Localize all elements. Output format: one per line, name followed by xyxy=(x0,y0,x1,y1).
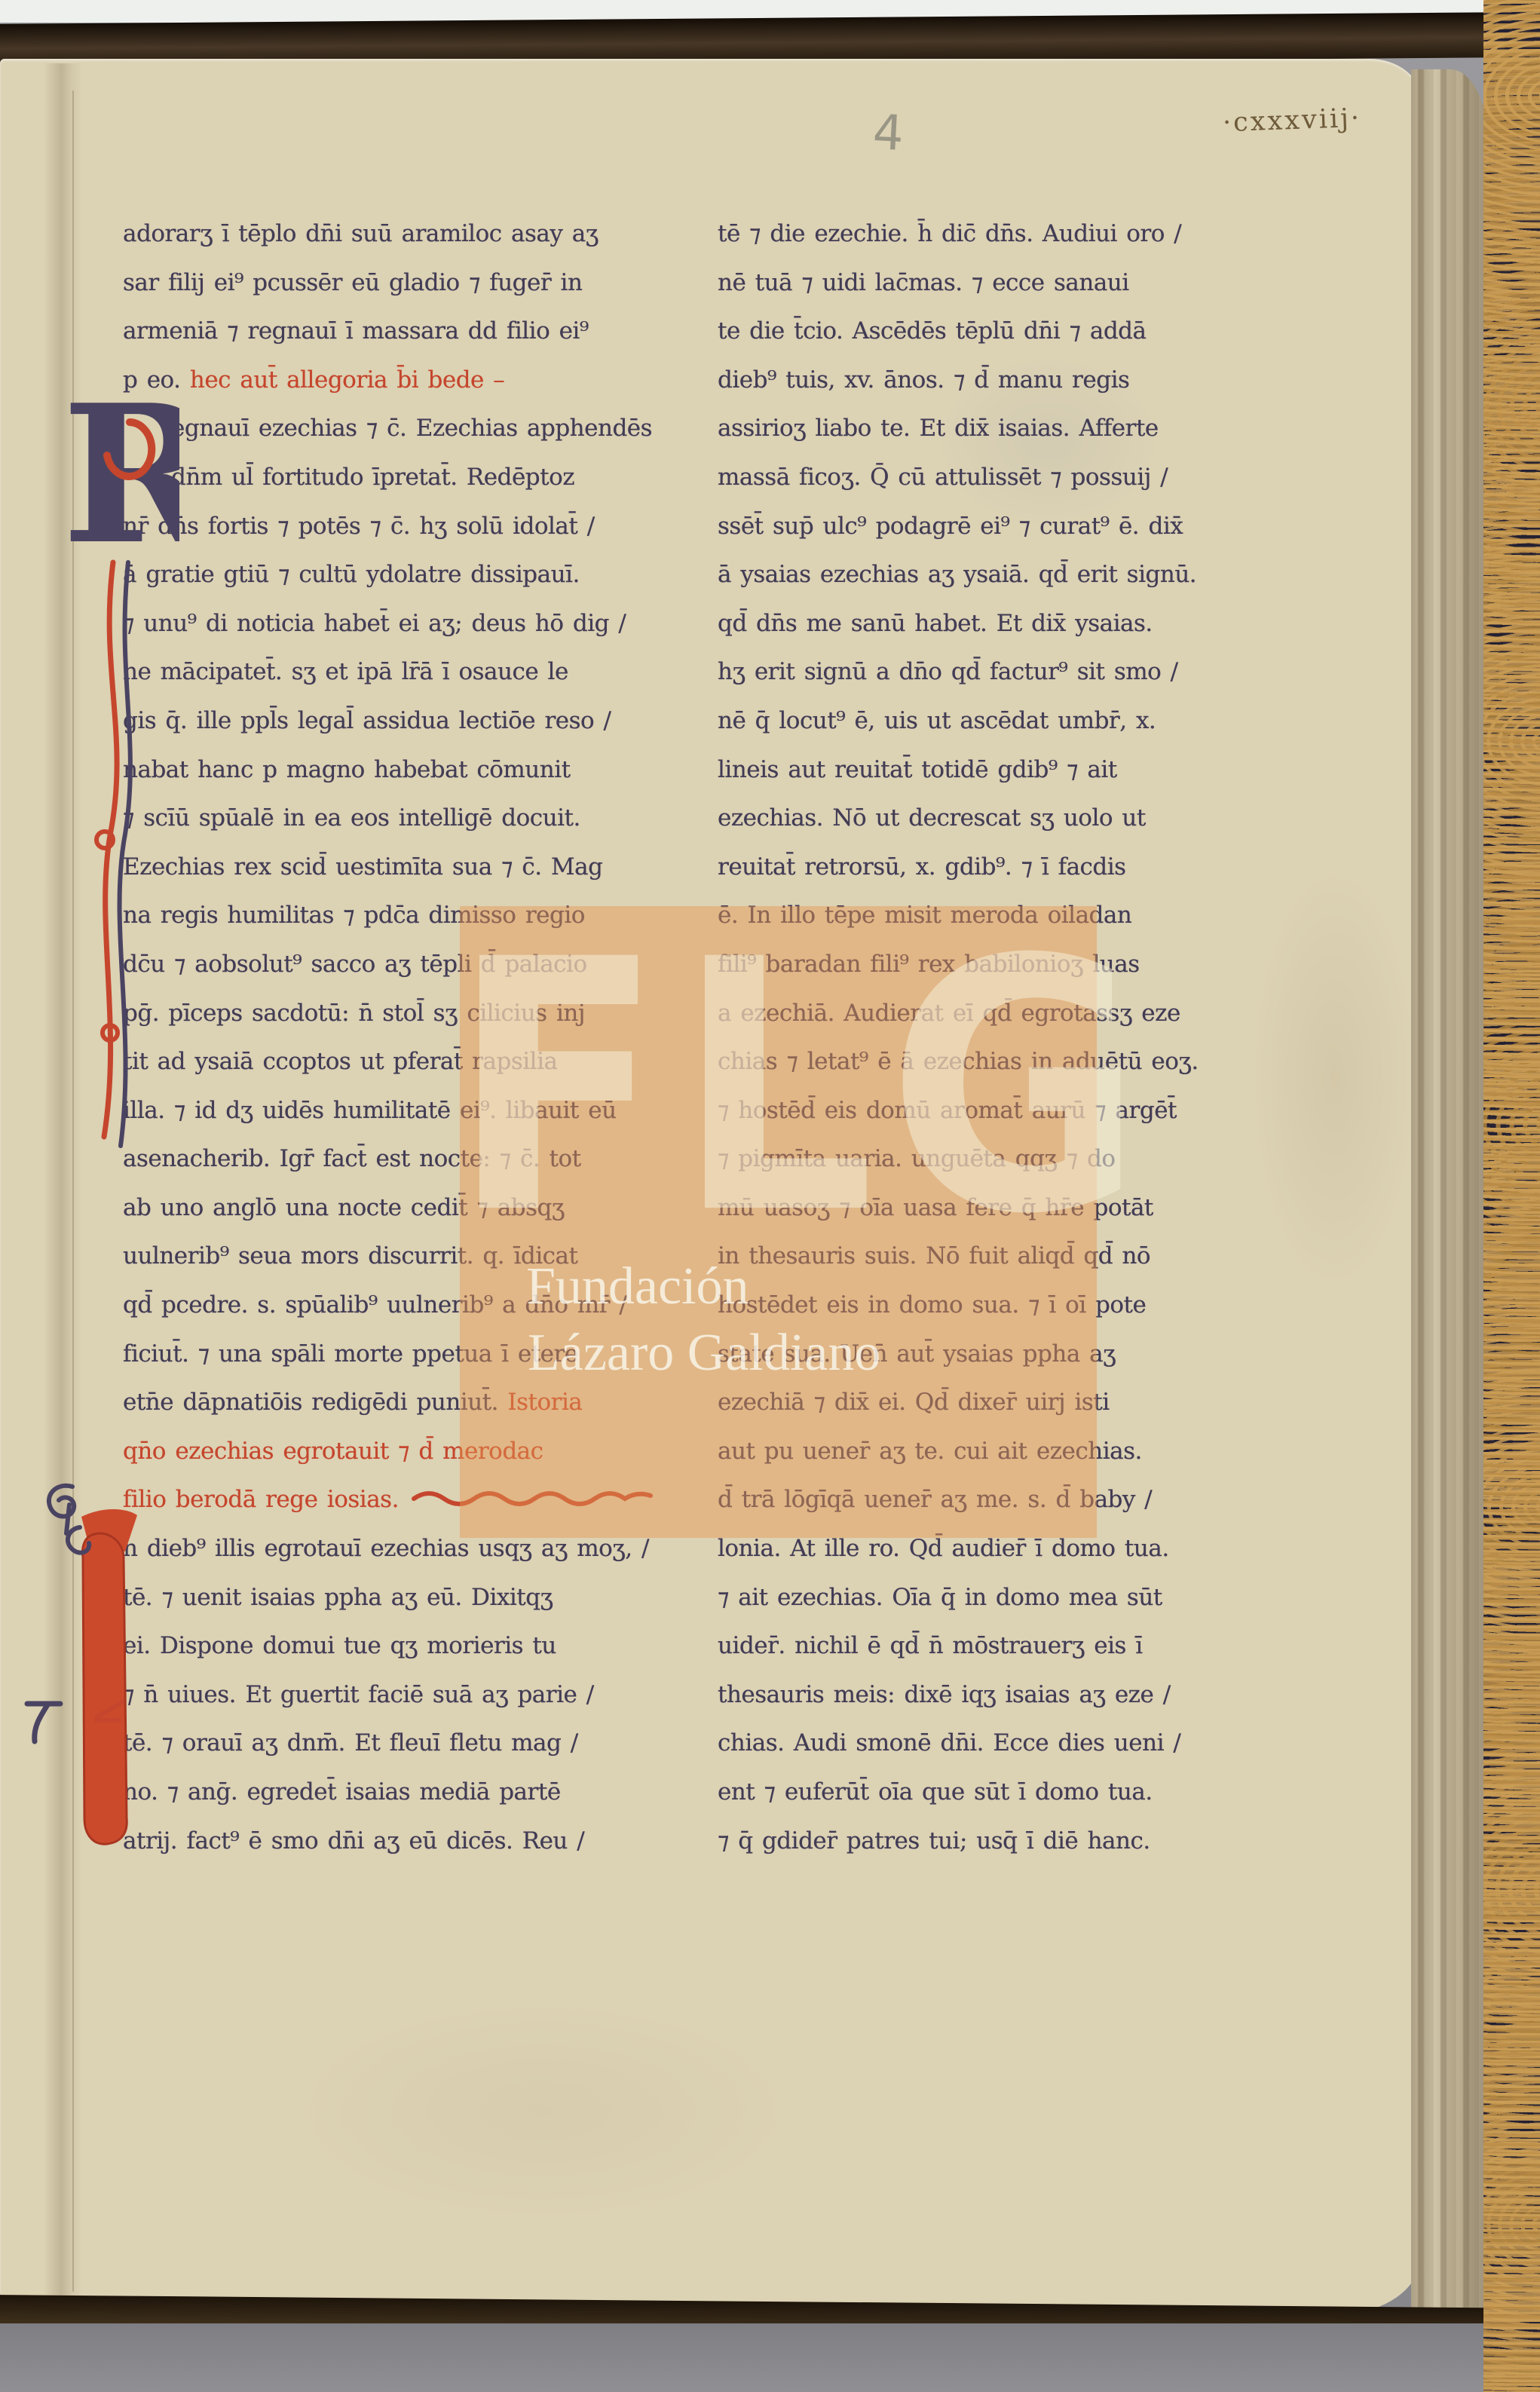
body-text: ⁊ unu⁹ di noticia habet̄ ei aʒ; deus hō … xyxy=(123,610,626,637)
text-line: no. ⁊ anḡ. egredet̄ isaias mediā partē xyxy=(123,1768,654,1817)
body-text: tē ⁊ die ezechie. h̄ dic̄ dn̄s. Audiui o… xyxy=(718,220,1181,247)
body-text: dieb⁹ tuis, xv. ānos. ⁊ d̄ manu regis xyxy=(718,366,1129,394)
body-text: ā ysaias ezechias aʒ ysaiā. qd̄ erit sig… xyxy=(718,561,1196,588)
text-line: ⁊ scīū spūalē in ea eos intelligē docuit… xyxy=(123,794,654,843)
text-line: p eo. hec aut̄ allegoria b̄i bede – xyxy=(123,356,654,405)
text-line: nabat hanc p magno habebat cōmunit xyxy=(123,746,654,795)
text-line: ⁊ n̄ uiues. Et guertit faciē suā aʒ pari… xyxy=(123,1671,654,1720)
body-text: nr̄ dn̄s fortis ⁊ potēs ⁊ c̄. hʒ solū id… xyxy=(123,513,595,540)
body-text: atrij. fact⁹ ē smo dn̄i aʒ eū dicēs. Reu… xyxy=(123,1827,584,1854)
body-text: Ezechias rex scid̄ uestimīta sua ⁊ c̄. M… xyxy=(123,853,603,881)
text-line: reuitat̄ retrorsū, x. gdib⁹. ⁊ ī facdis xyxy=(718,843,1257,892)
body-text: tē. ⁊ orauī aʒ dnm̄. Et fleuī fletu mag … xyxy=(123,1729,578,1756)
text-line: dn̄m ul̄ fortitudo īpretat̄. Redēptoz xyxy=(123,453,654,502)
margin-penwork-blue-curl xyxy=(39,1479,92,1539)
text-line: nē q̄ locut⁹ ē, uis ut ascēdat umbr̄, x. xyxy=(718,697,1257,746)
body-text: assirioʒ liabo te. Et dix̄ isaias. Affer… xyxy=(718,415,1159,442)
text-line: atrij. fact⁹ ē smo dn̄i aʒ eū dicēs. Reu… xyxy=(123,1817,654,1866)
text-line: nr̄ dn̄s fortis ⁊ potēs ⁊ c̄. hʒ solū id… xyxy=(123,502,654,551)
text-line: nē tuā ⁊ uidi lac̄mas. ⁊ ecce sanaui xyxy=(718,259,1257,308)
text-line: ent ⁊ euferūt̄ oīa que sūt ī domo tua. xyxy=(718,1768,1257,1817)
body-text: ssēt̄ sup̄ ulc⁹ podagrē ei⁹ ⁊ curat⁹ ē. … xyxy=(718,513,1183,540)
decorated-initial-I xyxy=(62,1505,154,1853)
body-text: nē tuā ⁊ uidi lac̄mas. ⁊ ecce sanaui xyxy=(718,269,1129,296)
text-line: ⁊ q̄ gdider̄ patres tui; usq̄ ī diē hanc… xyxy=(718,1817,1257,1866)
decorated-initial-R: R xyxy=(57,383,179,1182)
text-line: te die t̄cio. Ascēdēs tēplū dn̄i ⁊ addā xyxy=(718,307,1257,356)
text-line: ⁊ unu⁹ di noticia habet̄ ei aʒ; deus hō … xyxy=(123,599,654,648)
body-text: hʒ erit signū a dn̄o qd̄ factur⁹ sit smo… xyxy=(718,658,1178,685)
text-line: gis q̄. ille ppl̄s legal̄ assidua lectiō… xyxy=(123,697,654,746)
body-text: etn̄e dāpnatiōis redigēdi puniut̄. xyxy=(123,1389,507,1416)
body-text: nabat hanc p magno habebat cōmunit xyxy=(123,756,571,783)
body-text: tē. ⁊ uenit isaias ppha aʒ eū. Dixitqʒ xyxy=(123,1584,553,1611)
text-line: ⁊ ait ezechias. Oīa q̄ in domo mea sūt xyxy=(718,1573,1257,1622)
rubric-text: filio berodā rege iosias. xyxy=(123,1486,399,1513)
svg-text:R: R xyxy=(62,383,179,587)
body-text: thesauris meis: dixē iqʒ isaias aʒ eze ∕ xyxy=(718,1681,1171,1708)
text-line: thesauris meis: dixē iqʒ isaias aʒ eze ∕ xyxy=(718,1671,1257,1720)
folio-number: ·cxxxviij· xyxy=(1222,103,1361,138)
text-line: tē ⁊ die ezechie. h̄ dic̄ dn̄s. Audiui o… xyxy=(718,210,1257,259)
text-line: dieb⁹ tuis, xv. ānos. ⁊ d̄ manu regis xyxy=(718,356,1257,405)
body-text: adorarʒ ī tēplo dn̄i suū aramiloc asay a… xyxy=(123,220,599,247)
body-text: ⁊ scīū spūalē in ea eos intelligē docuit… xyxy=(123,804,580,832)
text-line: lineis aut reuitat̄ totidē gdib⁹ ⁊ ait xyxy=(718,746,1257,795)
body-text: ⁊ n̄ uiues. Et guertit faciē suā aʒ pari… xyxy=(123,1681,594,1708)
text-line: ei. Dispone domui tue qʒ morieris tu xyxy=(123,1622,654,1671)
body-text: nē q̄ locut⁹ ē, uis ut ascēdat umbr̄, x. xyxy=(718,707,1156,734)
margin-red-tick xyxy=(92,1695,145,1725)
text-line: massā ficoʒ. Q̄ cū attulissēt ⁊ possuij … xyxy=(718,453,1257,502)
marbled-endpaper xyxy=(1483,0,1540,2392)
body-text: gis q̄. ille ppl̄s legal̄ assidua lectiō… xyxy=(123,707,611,734)
fore-edge-page-block xyxy=(1411,69,1488,2314)
body-text: lineis aut reuitat̄ totidē gdib⁹ ⁊ ait xyxy=(718,756,1117,783)
parchment-stain xyxy=(286,1998,799,2224)
text-line: ā ysaias ezechias aʒ ysaiā. qd̄ erit sig… xyxy=(718,550,1257,599)
watermark-org-name-line1: Fundación xyxy=(526,1260,749,1313)
watermark-org-name-line2: Lázaro Galdiano xyxy=(528,1327,880,1380)
text-line: chias. Audi smonē dn̄i. Ecce dies ueni ∕ xyxy=(718,1719,1257,1768)
body-text: reuitat̄ retrorsū, x. gdib⁹. ⁊ ī facdis xyxy=(718,853,1126,881)
text-line: uider̄. nichil ē qd̄ n̄ mōstrauerʒ eis ī xyxy=(718,1622,1257,1671)
text-line: qd̄ dn̄s me sanū habet. Et dix̄ ysaias. xyxy=(718,599,1257,648)
body-text: lonia. At ille ro. Qd̄ audier̄ ī domo tu… xyxy=(718,1535,1169,1562)
body-text: n dieb⁹ illis egrotauī ezechias usqʒ aʒ … xyxy=(123,1535,649,1562)
text-line: assirioʒ liabo te. Et dix̄ isaias. Affer… xyxy=(718,404,1257,453)
text-line: armeniā ⁊ regnauī ī massara dd filio ei⁹ xyxy=(123,307,654,356)
body-text: dn̄m ul̄ fortitudo īpretat̄. Redēptoz xyxy=(171,464,574,491)
body-text: sar filij ei⁹ pcussēr eū gladio ⁊ fuger̄… xyxy=(123,269,582,296)
rubric-text: hec aut̄ allegoria b̄i bede – xyxy=(190,366,504,394)
body-text: ⁊ ait ezechias. Oīa q̄ in domo mea sūt xyxy=(718,1584,1162,1611)
body-text: massā ficoʒ. Q̄ cū attulissēt ⁊ possuij … xyxy=(718,464,1168,491)
pencil-page-number: 4 xyxy=(871,105,905,162)
body-text: armeniā ⁊ regnauī ī massara dd filio ei⁹ xyxy=(123,317,589,345)
text-line: ezechias. Nō ut decrescat sʒ uolo ut xyxy=(718,794,1257,843)
body-text: ā gratie gtiū ⁊ cultū ydolatre dissipauī… xyxy=(123,561,580,588)
text-line: adorarʒ ī tēplo dn̄i suū aramiloc asay a… xyxy=(123,210,654,259)
text-line: egnauī ezechias ⁊ c̄. Ezechias apphendēs xyxy=(123,404,654,453)
text-line: hʒ erit signū a dn̄o qd̄ factur⁹ sit smo… xyxy=(718,648,1257,697)
body-text: ne mācipatet̄. sʒ et ipā lr̄ā ī osauce l… xyxy=(123,658,568,685)
body-text: ⁊ q̄ gdider̄ patres tui; usq̄ ī diē hanc… xyxy=(718,1827,1150,1854)
body-text: ei. Dispone domui tue qʒ morieris tu xyxy=(123,1632,556,1659)
body-text: chias. Audi smonē dn̄i. Ecce dies ueni ∕ xyxy=(718,1729,1180,1756)
text-line: tē. ⁊ orauī aʒ dnm̄. Et fleuī fletu mag … xyxy=(123,1719,654,1768)
body-text: egnauī ezechias ⁊ c̄. Ezechias apphendēs xyxy=(171,415,652,442)
text-line: Ezechias rex scid̄ uestimīta sua ⁊ c̄. M… xyxy=(123,843,654,892)
text-line: ā gratie gtiū ⁊ cultū ydolatre dissipauī… xyxy=(123,550,654,599)
parchment-stain xyxy=(1251,867,1417,1289)
text-line: sar filij ei⁹ pcussēr eū gladio ⁊ fuger̄… xyxy=(123,259,654,308)
manuscript-photo: ·cxxxviij· 4 adorarʒ ī tēplo dn̄i suū ar… xyxy=(0,0,1540,2392)
body-text: no. ⁊ anḡ. egredet̄ isaias mediā partē xyxy=(123,1778,561,1805)
body-text: uider̄. nichil ē qd̄ n̄ mōstrauerʒ eis ī xyxy=(718,1632,1143,1659)
text-line: ssēt̄ sup̄ ulc⁹ podagrē ei⁹ ⁊ curat⁹ ē. … xyxy=(718,502,1257,551)
body-text: te die t̄cio. Ascēdēs tēplū dn̄i ⁊ addā xyxy=(718,317,1147,345)
body-text: ent ⁊ euferūt̄ oīa que sūt ī domo tua. xyxy=(718,1778,1153,1805)
photo-background-bottom xyxy=(0,2323,1489,2392)
text-line: tē. ⁊ uenit isaias ppha aʒ eū. Dixitqʒ xyxy=(123,1573,654,1622)
text-line: ne mācipatet̄. sʒ et ipā lr̄ā ī osauce l… xyxy=(123,648,654,697)
body-text: qd̄ dn̄s me sanū habet. Et dix̄ ysaias. xyxy=(718,610,1153,637)
body-text: ezechias. Nō ut decrescat sʒ uolo ut xyxy=(718,804,1146,832)
margin-penwork-tironian-et xyxy=(20,1687,72,1747)
watermark-monogram: FLG xyxy=(451,948,1048,1235)
